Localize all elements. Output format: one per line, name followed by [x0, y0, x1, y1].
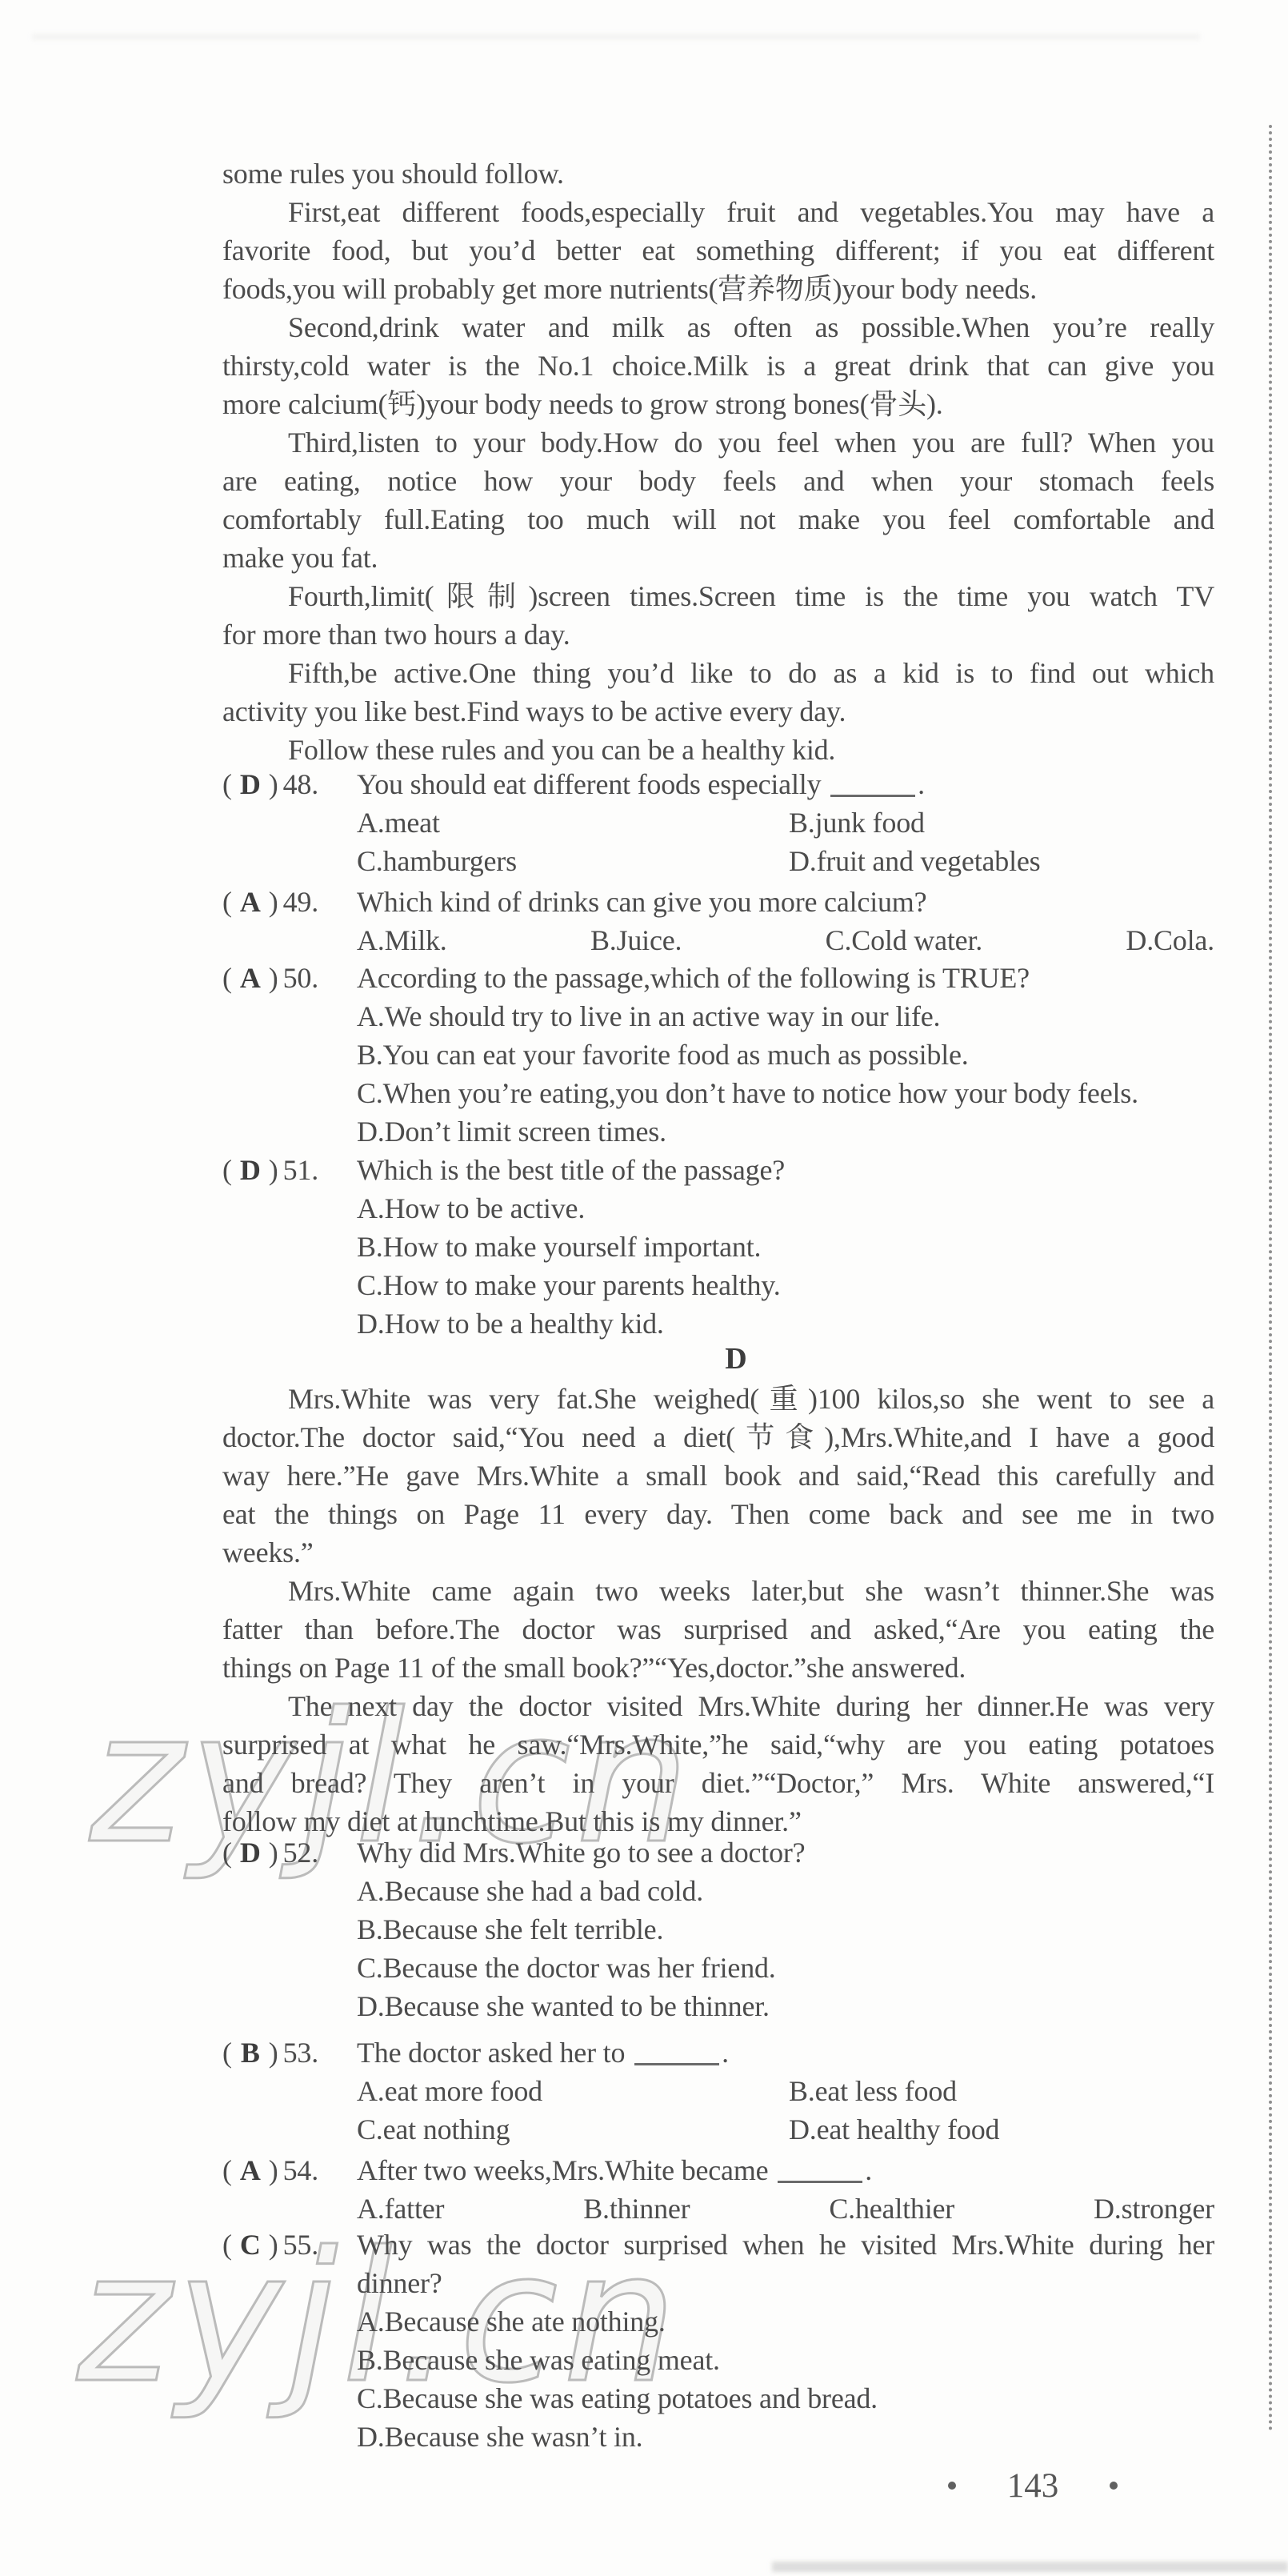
question-text-segment: . — [722, 2037, 729, 2069]
passage-line: thirsty,cold water is the No.1 choice.Mi… — [222, 347, 1214, 385]
question-line: (D)52.Why did Mrs.White go to see a doct… — [222, 1833, 1214, 1872]
options: A.eat more foodB.eat less foodC.eat noth… — [357, 2072, 1214, 2149]
option: C.Because the doctor was her friend. — [222, 1949, 1214, 1987]
answer-marker: (C)55. — [222, 2225, 357, 2264]
answer-letter: D — [232, 1833, 269, 1872]
paren-open: ( — [222, 886, 232, 918]
question-54: (A)54.After two weeks,Mrs.White became .… — [222, 2151, 1214, 2228]
paren-open: ( — [222, 1154, 232, 1186]
question-number: 55. — [278, 2229, 318, 2261]
option: A.Because she ate nothing. — [222, 2302, 1214, 2341]
passage-line: eat the things on Page 11 every day. The… — [222, 1495, 1214, 1533]
option: A.fatter — [357, 2189, 444, 2228]
paren-close: ) — [269, 886, 278, 918]
paren-close: ) — [269, 1154, 278, 1186]
paren-open: ( — [222, 962, 232, 994]
question-number: 48. — [278, 768, 318, 800]
question-line: (D)48.You should eat different foods esp… — [222, 765, 1214, 803]
question-52: (D)52.Why did Mrs.White go to see a doct… — [222, 1833, 1214, 2025]
question-48: (D)48.You should eat different foods esp… — [222, 765, 1214, 880]
question-text-segment: You should eat different foods especiall… — [357, 768, 828, 800]
option: B.How to make yourself important. — [222, 1228, 1214, 1266]
page-number: 143 — [948, 2463, 1118, 2508]
answer-letter: D — [232, 1151, 269, 1189]
option: D.Because she wasn’t in. — [222, 2418, 1214, 2456]
passage-line: are eating, notice how your body feels a… — [222, 462, 1214, 500]
option: B.eat less food — [789, 2072, 1214, 2110]
passage-line: for more than two hours a day. — [222, 615, 1214, 654]
option: C.Because she was eating potatoes and br… — [222, 2379, 1214, 2418]
passage-line: foods,you will probably get more nutrien… — [222, 270, 1214, 308]
scan-smudge-bottom — [772, 2562, 1288, 2572]
question-line: (A)50.According to the passage,which of … — [222, 959, 1214, 997]
option: D.Cola. — [1126, 921, 1214, 959]
paren-open: ( — [222, 2229, 232, 2261]
question-line: (D)51.Which is the best title of the pas… — [222, 1151, 1214, 1189]
option: B.Because she was eating meat. — [222, 2341, 1214, 2379]
option: B.You can eat your favorite food as much… — [222, 1036, 1214, 1074]
passage-d: Mrs.White was very fat.She weighed(重)100… — [222, 1380, 1214, 1841]
passage-line: favorite food, but you’d better eat some… — [222, 231, 1214, 270]
question-text: According to the passage,which of the fo… — [357, 962, 1030, 994]
answer-marker: (B)53. — [222, 2033, 357, 2072]
paren-close: ) — [269, 2037, 278, 2069]
question-text: Which kind of drinks can give you more c… — [357, 886, 926, 918]
question-line: (A)54.After two weeks,Mrs.White became . — [222, 2151, 1214, 2189]
question-text: After two weeks,Mrs.White became . — [357, 2154, 872, 2186]
question-number: 52. — [278, 1837, 318, 1869]
passage-line: and bread? They aren’t in your diet.”“Do… — [222, 1764, 1214, 1802]
paren-close: ) — [269, 2154, 278, 2186]
scan-smudge-top — [32, 34, 1200, 40]
question-number: 49. — [278, 886, 318, 918]
answer-marker: (D)52. — [222, 1833, 357, 1872]
answer-letter: C — [232, 2225, 269, 2264]
question-text-segment: According to the passage,which of the fo… — [357, 962, 1030, 994]
question-number: 53. — [278, 2037, 318, 2069]
option: A.How to be active. — [222, 1189, 1214, 1228]
page-edge-dotted-line — [1269, 125, 1272, 2433]
paren-close: ) — [269, 962, 278, 994]
option: B.Juice. — [590, 921, 682, 959]
passage-line: surprised at what he saw.“Mrs.White,”he … — [222, 1725, 1214, 1764]
paren-open: ( — [222, 2037, 232, 2069]
passage-line: Follow these rules and you can be a heal… — [222, 731, 1214, 769]
option: C.How to make your parents healthy. — [222, 1266, 1214, 1304]
option: A.Milk. — [357, 921, 447, 959]
question-number: 54. — [278, 2154, 318, 2186]
option: C.When you’re eating,you don’t have to n… — [222, 1074, 1214, 1112]
passage-line: more calcium(钙)your body needs to grow s… — [222, 385, 1214, 423]
options: A.We should try to live in an active way… — [222, 997, 1214, 1151]
answer-letter: B — [232, 2033, 269, 2072]
passage-line: Mrs.White was very fat.She weighed(重)100… — [222, 1380, 1214, 1418]
answer-letter: A — [232, 2151, 269, 2189]
option: C.eat nothing — [357, 2110, 789, 2149]
option: B.Because she felt terrible. — [222, 1910, 1214, 1949]
answer-blank — [830, 790, 915, 797]
paren-close: ) — [269, 1837, 278, 1869]
question-51: (D)51.Which is the best title of the pas… — [222, 1151, 1214, 1343]
question-55: (C)55.Why was the doctor surprised when … — [222, 2225, 1214, 2456]
passage-line: Second,drink water and milk as often as … — [222, 308, 1214, 347]
question-text-segment: Why was the doctor surprised when he vis… — [357, 2229, 1214, 2299]
answer-marker: (D)51. — [222, 1151, 357, 1189]
options: A.Milk.B.Juice.C.Cold water.D.Cola. — [357, 921, 1214, 959]
question-50: (A)50.According to the passage,which of … — [222, 959, 1214, 1151]
paren-open: ( — [222, 768, 232, 800]
paren-close: ) — [269, 2229, 278, 2261]
option: D.fruit and vegetables — [789, 842, 1214, 880]
question-text-segment: After two weeks,Mrs.White became — [357, 2154, 775, 2186]
paren-close: ) — [269, 768, 278, 800]
page-number-dot-right — [1110, 2482, 1118, 2490]
options: A.How to be active.B.How to make yoursel… — [222, 1189, 1214, 1343]
passage-line: Fourth,limit(限制)screen times.Screen time… — [222, 577, 1214, 615]
passage-line: weeks.” — [222, 1533, 1214, 1572]
question-text-segment: Which is the best title of the passage? — [357, 1154, 785, 1186]
option: A.meat — [357, 803, 789, 842]
paren-open: ( — [222, 1837, 232, 1869]
option: C.Cold water. — [826, 921, 982, 959]
option: C.healthier — [829, 2189, 954, 2228]
passage-line: way here.”He gave Mrs.White a small book… — [222, 1456, 1214, 1495]
option: A.eat more food — [357, 2072, 789, 2110]
question-text: You should eat different foods especiall… — [357, 768, 925, 800]
question-text: Which is the best title of the passage? — [357, 1154, 785, 1186]
scanned-workbook-page: zyjl.cn zyjl.cn D 143 some rules you sho… — [0, 0, 1288, 2576]
option: D.eat healthy food — [789, 2110, 1214, 2149]
question-line: (C)55.Why was the doctor surprised when … — [222, 2225, 1214, 2302]
question-text: Why was the doctor surprised when he vis… — [357, 2229, 1214, 2299]
option: D.How to be a healthy kid. — [222, 1304, 1214, 1343]
option: D.Don’t limit screen times. — [222, 1112, 1214, 1151]
answer-marker: (A)54. — [222, 2151, 357, 2189]
answer-letter: A — [232, 959, 269, 997]
passage-line: fatter than before.The doctor was surpri… — [222, 1610, 1214, 1649]
option: D.stronger — [1094, 2189, 1214, 2228]
passage-line: activity you like best.Find ways to be a… — [222, 692, 1214, 731]
page-number-dot-left — [948, 2482, 956, 2490]
question-text-segment: Why did Mrs.White go to see a doctor? — [357, 1837, 805, 1869]
paren-open: ( — [222, 2154, 232, 2186]
question-number: 50. — [278, 962, 318, 994]
options: A.meatB.junk foodC.hamburgersD.fruit and… — [357, 803, 1214, 880]
passage-line: Fifth,be active.One thing you’d like to … — [222, 654, 1214, 692]
question-text: The doctor asked her to . — [357, 2037, 729, 2069]
passage-line: Third,listen to your body.How do you fee… — [222, 423, 1214, 462]
answer-letter: D — [232, 765, 269, 803]
options: A.fatterB.thinnerC.healthierD.stronger — [357, 2189, 1214, 2228]
question-53: (B)53.The doctor asked her to .A.eat mor… — [222, 2033, 1214, 2149]
question-text-segment: Which kind of drinks can give you more c… — [357, 886, 926, 918]
option: C.hamburgers — [357, 842, 789, 880]
passage-line: some rules you should follow. — [222, 154, 1214, 193]
passage-line: doctor.The doctor said,“You need a diet(… — [222, 1418, 1214, 1456]
question-text-segment: . — [865, 2154, 872, 2186]
options: A.Because she had a bad cold.B.Because s… — [222, 1872, 1214, 2025]
answer-blank — [778, 2176, 862, 2183]
passage-d-heading: D — [222, 1340, 1250, 1378]
passage-line: The next day the doctor visited Mrs.Whit… — [222, 1687, 1214, 1725]
question-number: 51. — [278, 1154, 318, 1186]
answer-blank — [634, 2058, 719, 2065]
question-line: (A)49.Which kind of drinks can give you … — [222, 883, 1214, 921]
answer-marker: (A)50. — [222, 959, 357, 997]
option: B.junk food — [789, 803, 1214, 842]
passage-line: First,eat different foods,especially fru… — [222, 193, 1214, 231]
question-line: (B)53.The doctor asked her to . — [222, 2033, 1214, 2072]
passage-line: make you fat. — [222, 539, 1214, 577]
options: A.Because she ate nothing.B.Because she … — [222, 2302, 1214, 2456]
passage-c: some rules you should follow.First,eat d… — [222, 154, 1214, 769]
passage-line: comfortably full.Eating too much will no… — [222, 500, 1214, 539]
passage-line: things on Page 11 of the small book?”“Ye… — [222, 1649, 1214, 1687]
option: D.Because she wanted to be thinner. — [222, 1987, 1214, 2025]
answer-letter: A — [232, 883, 269, 921]
question-text: Why did Mrs.White go to see a doctor? — [357, 1837, 805, 1869]
passage-line: Mrs.White came again two weeks later,but… — [222, 1572, 1214, 1610]
answer-marker: (A)49. — [222, 883, 357, 921]
question-text-segment: . — [918, 768, 925, 800]
question-text-segment: The doctor asked her to — [357, 2037, 632, 2069]
question-49: (A)49.Which kind of drinks can give you … — [222, 883, 1214, 959]
answer-marker: (D)48. — [222, 765, 357, 803]
option: A.We should try to live in an active way… — [222, 997, 1214, 1036]
option: B.thinner — [583, 2189, 690, 2228]
option: A.Because she had a bad cold. — [222, 1872, 1214, 1910]
page-number-value: 143 — [1007, 2466, 1059, 2506]
